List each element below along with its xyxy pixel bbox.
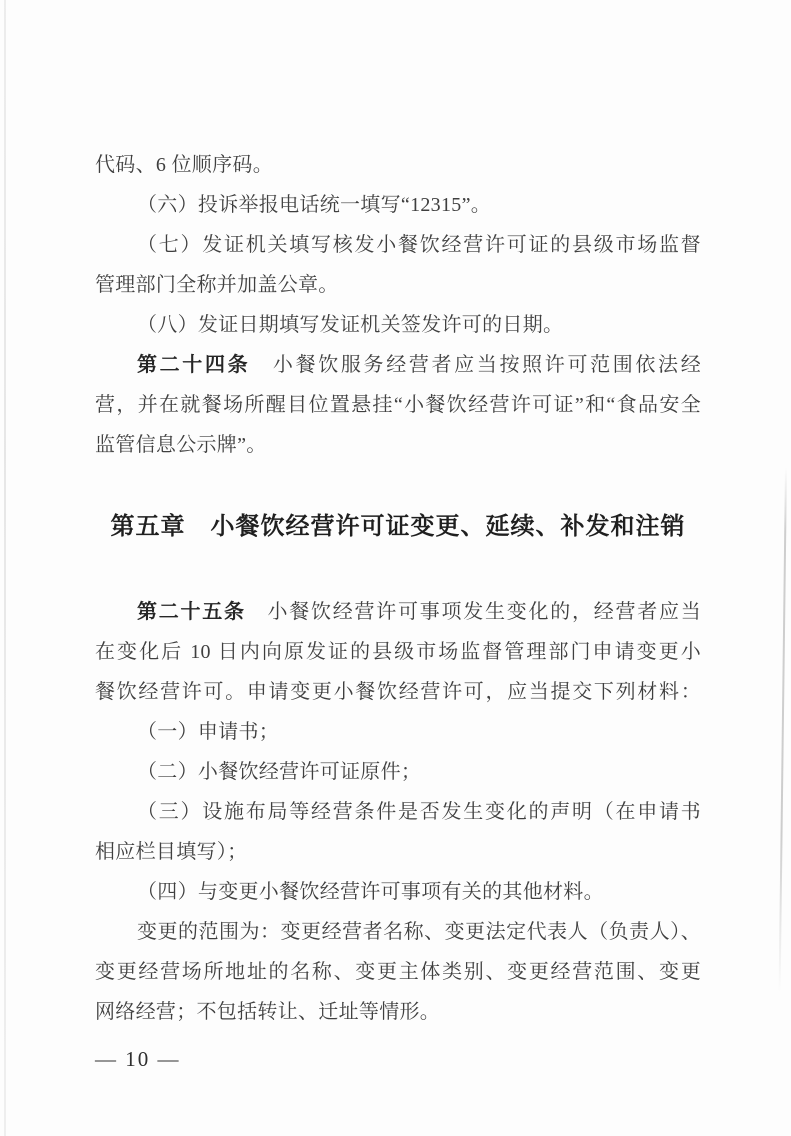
page-number: — 10 — xyxy=(95,1047,181,1071)
text-line: 网络经营；不包括转让、迁址等情形。 xyxy=(95,992,701,1032)
text-line: 变更经营场所地址的名称、变更主体类别、变更经营范围、变更 xyxy=(95,952,701,992)
text-line: 第二十四条 小餐饮服务经营者应当按照许可范围依法经 xyxy=(95,345,701,385)
text-block-top: 代码、6 位顺序码。（六）投诉举报电话统一填写“12315”。（七）发证机关填写… xyxy=(95,145,701,465)
text-segment: （七）发证机关填写核发小餐饮经营许可证的县级市场监督 xyxy=(137,234,701,256)
text-line: 代码、6 位顺序码。 xyxy=(95,145,701,185)
text-line: 相应栏目填写）； xyxy=(95,832,701,872)
text-line: 管理部门全称并加盖公章。 xyxy=(95,265,701,305)
text-line: 第二十五条 小餐饮经营许可事项发生变化的，经营者应当 xyxy=(95,592,701,632)
text-segment: 相应栏目填写）； xyxy=(95,841,247,863)
text-line: 变更的范围为：变更经营者名称、变更法定代表人（负责人）、 xyxy=(95,912,701,952)
text-segment: 小餐饮经营许可事项发生变化的，经营者应当 xyxy=(246,601,701,623)
text-line: 监管信息公示牌”。 xyxy=(95,425,701,465)
text-segment: （六）投诉举报电话统一填写“12315”。 xyxy=(137,194,491,216)
text-line: （一）申请书； xyxy=(95,712,701,752)
text-line: （四）与变更小餐饮经营许可事项有关的其他材料。 xyxy=(95,872,701,912)
article-number: 第二十五条 xyxy=(137,601,246,623)
text-line: （三）设施布局等经营条件是否发生变化的声明（在申请书 xyxy=(95,792,701,832)
text-segment: 管理部门全称并加盖公章。 xyxy=(95,274,339,296)
text-segment: 网络经营；不包括转让、迁址等情形。 xyxy=(95,1001,440,1023)
text-line: （二）小餐饮经营许可证原件； xyxy=(95,752,701,792)
text-block-bottom: 第二十五条 小餐饮经营许可事项发生变化的，经营者应当在变化后 10 日内向原发证… xyxy=(95,592,701,1032)
text-segment: 在变化后 10 日内向原发证的县级市场监督管理部门申请变更小 xyxy=(95,641,701,663)
text-segment: 变更经营场所地址的名称、变更主体类别、变更经营范围、变更 xyxy=(95,961,701,983)
document-body: 代码、6 位顺序码。（六）投诉举报电话统一填写“12315”。（七）发证机关填写… xyxy=(95,145,701,1032)
chapter-heading: 第五章 小餐饮经营许可证变更、延续、补发和注销 xyxy=(95,507,701,547)
article-number: 第二十四条 xyxy=(137,354,250,376)
page-footer: — 10 — xyxy=(95,1042,181,1076)
text-line: 营，并在就餐场所醒目位置悬挂“小餐饮经营许可证”和“食品安全 xyxy=(95,385,701,425)
text-segment: 监管信息公示牌”。 xyxy=(95,434,267,456)
text-line: 餐饮经营许可。申请变更小餐饮经营许可，应当提交下列材料： xyxy=(95,672,701,712)
text-segment: （三）设施布局等经营条件是否发生变化的声明（在申请书 xyxy=(137,801,701,823)
text-segment: 代码、6 位顺序码。 xyxy=(95,154,273,176)
text-segment: 营，并在就餐场所醒目位置悬挂“小餐饮经营许可证”和“食品安全 xyxy=(95,394,701,416)
text-line: （六）投诉举报电话统一填写“12315”。 xyxy=(95,185,701,225)
text-segment: （四）与变更小餐饮经营许可事项有关的其他材料。 xyxy=(137,881,604,903)
scanned-document-page: 代码、6 位顺序码。（六）投诉举报电话统一填写“12315”。（七）发证机关填写… xyxy=(0,0,791,1136)
scan-artifact-left-edge xyxy=(4,0,6,1136)
text-segment: （八）发证日期填写发证机关签发许可的日期。 xyxy=(137,314,563,336)
text-line: 在变化后 10 日内向原发证的县级市场监督管理部门申请变更小 xyxy=(95,632,701,672)
scan-artifact-right-crease xyxy=(779,468,787,993)
text-segment: 小餐饮服务经营者应当按照许可范围依法经 xyxy=(250,354,701,376)
text-segment: （二）小餐饮经营许可证原件； xyxy=(137,761,421,783)
text-line: （八）发证日期填写发证机关签发许可的日期。 xyxy=(95,305,701,345)
text-segment: （一）申请书； xyxy=(137,721,279,743)
text-line: （七）发证机关填写核发小餐饮经营许可证的县级市场监督 xyxy=(95,225,701,265)
text-segment: 餐饮经营许可。申请变更小餐饮经营许可，应当提交下列材料： xyxy=(95,681,701,703)
text-segment: 变更的范围为：变更经营者名称、变更法定代表人（负责人）、 xyxy=(137,921,701,943)
